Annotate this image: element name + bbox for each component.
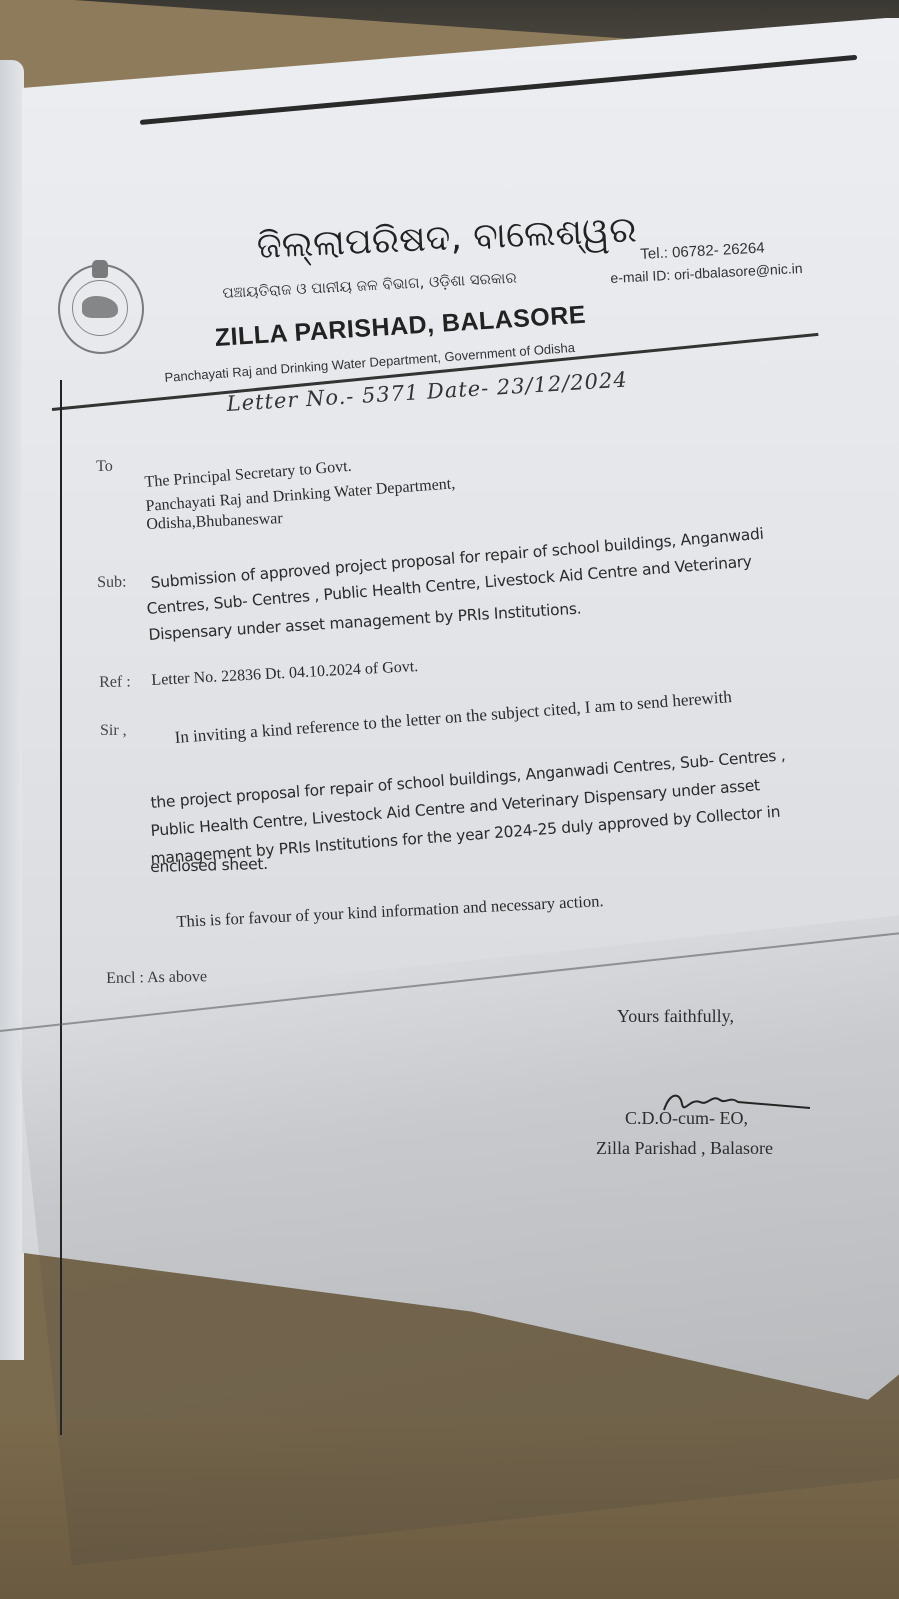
- emblem-crown: [92, 260, 108, 278]
- margin-line: [60, 380, 62, 1435]
- body-line: enclosed sheet.: [150, 855, 268, 876]
- reference-text: Letter No. 22836 Dt. 04.10.2024 of Govt.: [151, 658, 419, 690]
- subject-label: Sub:: [97, 573, 127, 592]
- closing-line: This is for favour of your kind informat…: [176, 891, 604, 932]
- to-label: To: [96, 458, 113, 476]
- letterhead-email: e-mail ID: ori-dbalasore@nic.in: [610, 260, 803, 286]
- enclosure: Encl : As above: [106, 968, 207, 988]
- body-line: In inviting a kind reference to the lett…: [174, 687, 732, 748]
- letterhead-odia-subtitle: ପଞ୍ଚାୟତିରାଜ ଓ ପାନୀୟ ଜଳ ବିଭାଗ, ଓଡ଼ିଶା ସରକ…: [222, 269, 517, 302]
- letterhead-odia-title: ଜିଲ୍ଲାପରିଷଦ, ବାଲେଶ୍ୱର: [256, 209, 637, 268]
- signatory-designation: C.D.O-cum- EO,: [625, 1108, 748, 1129]
- reference-label: Ref :: [99, 673, 131, 692]
- salutation: Sir ,: [100, 722, 127, 740]
- valediction: Yours faithfully,: [617, 1006, 734, 1027]
- odisha-emblem-icon: [58, 264, 144, 354]
- letterhead-telephone: Tel.: 06782- 26264: [640, 239, 765, 262]
- letter-document: ଜିଲ୍ଲାପରିଷଦ, ବାଲେଶ୍ୱର ପଞ୍ଚାୟତିରାଜ ଓ ପାନୀ…: [0, 0, 899, 1599]
- pen-stroke-mark: [140, 55, 857, 125]
- signatory-office: Zilla Parishad , Balasore: [596, 1138, 773, 1159]
